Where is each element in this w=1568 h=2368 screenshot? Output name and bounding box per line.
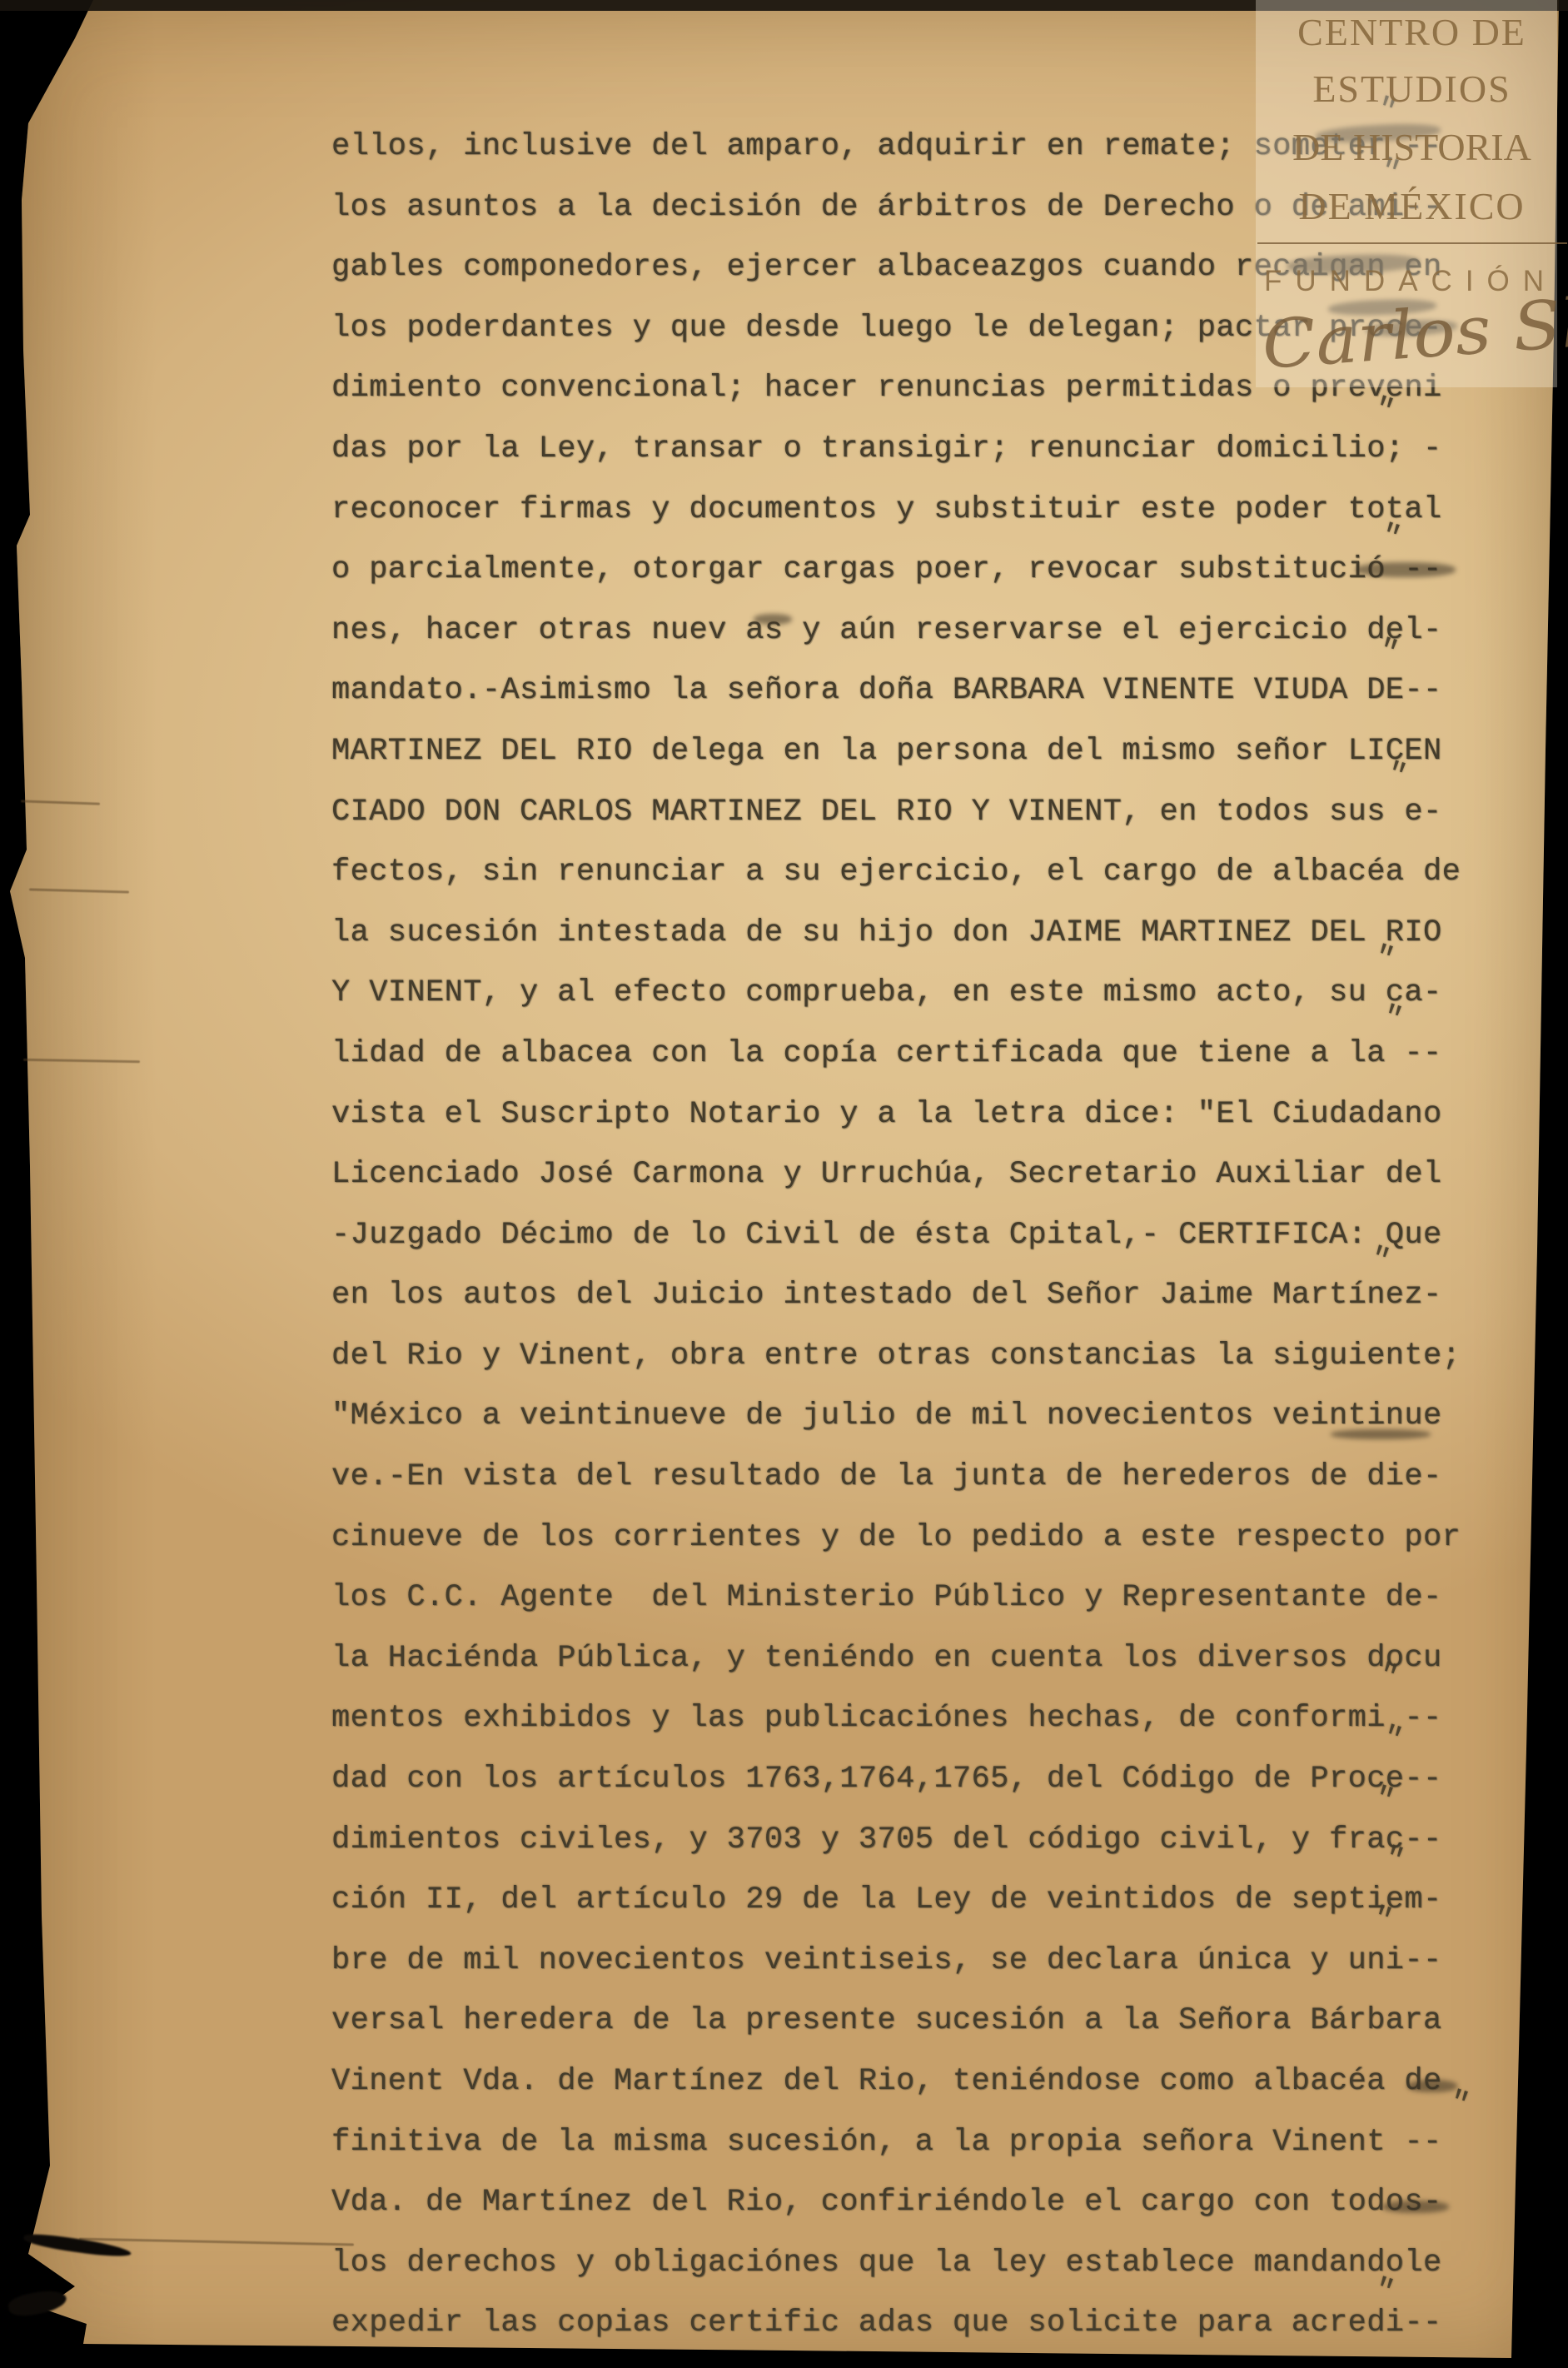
ink-smudge (1331, 1429, 1431, 1439)
ink-smudge (1382, 2201, 1449, 2213)
watermark: CENTRO DE ESTUDIOS DE HISTORIA DE MÉXICO… (1256, 0, 1568, 391)
ink-smudge (1407, 2080, 1457, 2092)
watermark-title-line-3: DE HISTORIA (1256, 125, 1568, 169)
watermark-title-line-1: CENTRO DE (1256, 10, 1568, 54)
watermark-title-line-4: DE MÉXICO (1256, 184, 1568, 228)
typed-text: ellos, inclusive del amparo, adquirir en… (331, 117, 1461, 2354)
watermark-title-line-2: ESTUDIOS (1256, 67, 1568, 111)
torn-shard (7, 2286, 68, 2320)
watermark-divider-rule (1257, 242, 1567, 244)
ink-smudge (1356, 562, 1456, 577)
scan-background: { "window": { "width": 1883, "height": 2… (0, 0, 1568, 2368)
ink-smudge (754, 614, 792, 625)
